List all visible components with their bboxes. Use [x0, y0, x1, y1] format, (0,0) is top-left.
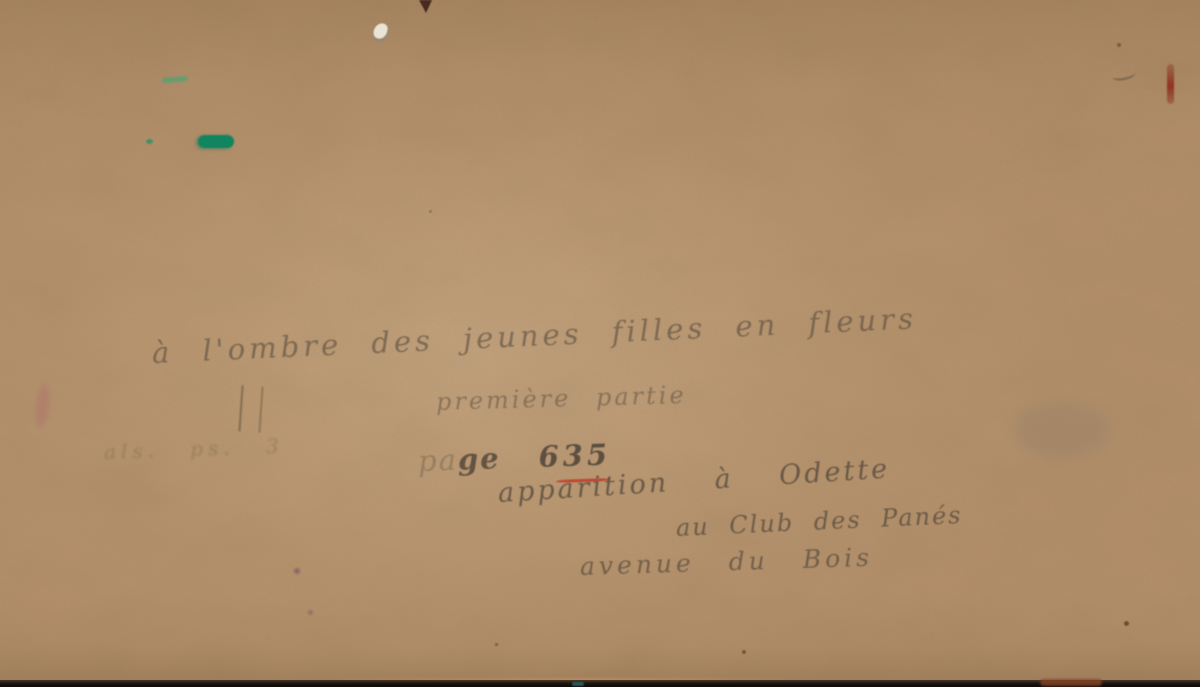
rust-red-streak: [1167, 64, 1174, 104]
teal-speck-bottom-edge: [572, 682, 584, 686]
green-paint-dot: [146, 139, 153, 144]
rust-smudge-bottom-edge: [1040, 679, 1102, 686]
dark-chip-top-edge: [419, 0, 432, 13]
dark-speck: [742, 650, 746, 654]
dark-speck: [495, 643, 498, 646]
dark-speck: [1117, 43, 1121, 47]
dark-speck: [1124, 621, 1129, 626]
faded-gray-smudge: [1012, 400, 1112, 458]
page-number: 635: [538, 437, 612, 474]
green-paint-blob: [198, 135, 234, 148]
purple-speck: [294, 568, 300, 574]
stray-pencil-strokes: [238, 385, 263, 432]
dark-background-strip: [0, 680, 1200, 687]
cardboard-back-photo: à l'ombre des jeunes filles en fleurs pr…: [0, 0, 1200, 687]
page-word-faint-part: pa: [417, 443, 458, 478]
purple-speck: [308, 610, 313, 615]
page-word-dark-part: ge: [457, 441, 501, 476]
dark-speck: [429, 210, 432, 213]
